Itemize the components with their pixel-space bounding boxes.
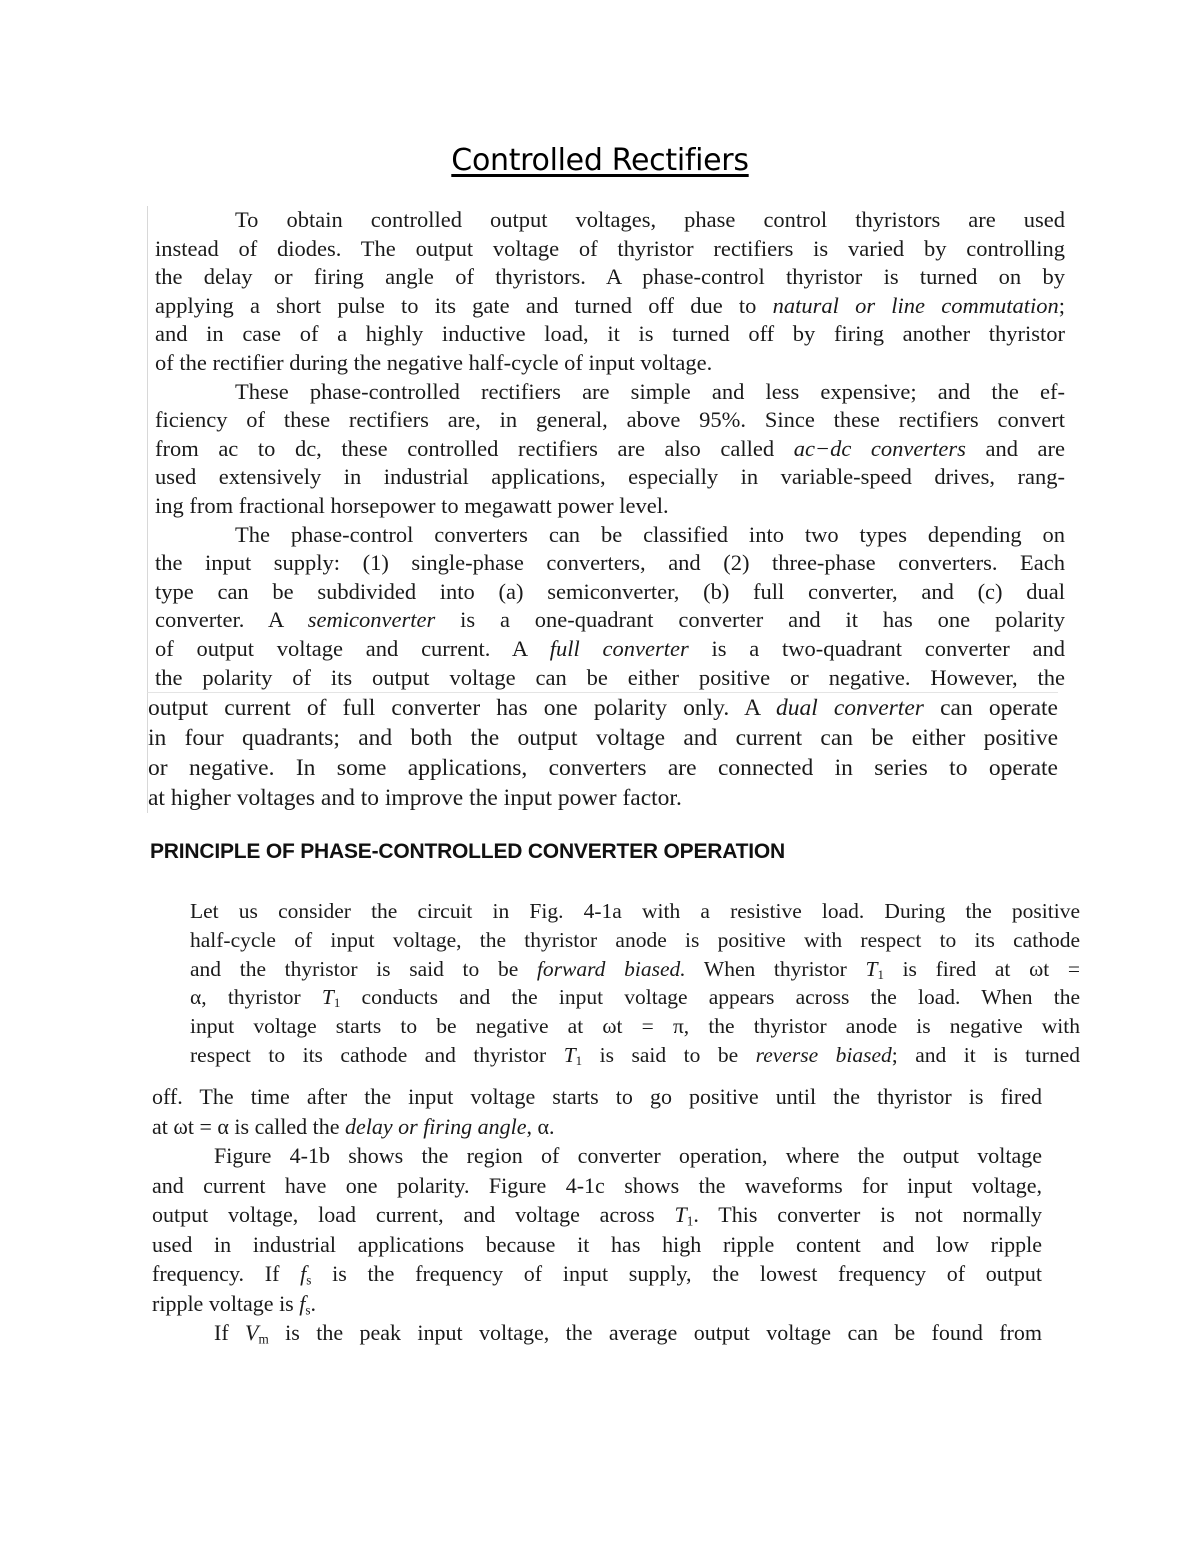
text-line: from ac to dc, these controlled rectifie… bbox=[155, 435, 1065, 464]
text-span: , α. bbox=[526, 1114, 554, 1139]
text-line: applying a short pulse to its gate and t… bbox=[155, 292, 1065, 321]
intro-paragraph-continuation: output current of full converter has one… bbox=[147, 692, 1058, 813]
text-line: frequency. If fs is the frequency of inp… bbox=[152, 1259, 1042, 1289]
text-span: . bbox=[311, 1291, 317, 1316]
text-line: instead of diodes. The output voltage of… bbox=[155, 235, 1065, 264]
intro-paragraphs: To obtain controlled output voltages, ph… bbox=[147, 206, 1065, 692]
text-span: . This converter is not normally bbox=[693, 1202, 1042, 1227]
text-line: used in industrial applications because … bbox=[152, 1230, 1042, 1260]
text-line: If Vm is the peak input voltage, the ave… bbox=[152, 1318, 1042, 1348]
text-span: respect to its cathode and thyristor bbox=[190, 1043, 564, 1067]
text-span: from ac to dc, these controlled rectifie… bbox=[155, 436, 794, 461]
text-line: type can be subdivided into (a) semiconv… bbox=[155, 578, 1065, 607]
text-span: ; bbox=[1059, 293, 1065, 318]
principle-paragraph: Let us consider the circuit in Fig. 4-1a… bbox=[190, 897, 1080, 1070]
text-line: These phase-controlled rectifiers are si… bbox=[155, 378, 1065, 407]
emphasis-reverse-biased: reverse biased bbox=[756, 1043, 892, 1067]
emphasis-semiconverter: semiconverter bbox=[308, 607, 435, 632]
section-heading: PRINCIPLE OF PHASE-CONTROLLED CONVERTER … bbox=[150, 840, 785, 864]
text-span: When thyristor bbox=[686, 957, 866, 981]
text-line: and the thyristor is said to be forward … bbox=[190, 955, 1080, 984]
continuation-paragraphs: off. The time after the input voltage st… bbox=[152, 1082, 1042, 1348]
text-line: of output voltage and current. A full co… bbox=[155, 635, 1065, 664]
text-line: and current have one polarity. Figure 4-… bbox=[152, 1171, 1042, 1201]
emphasis-forward-biased: forward biased. bbox=[537, 957, 686, 981]
text-span: can operate bbox=[924, 695, 1058, 721]
text-span: is said to be bbox=[582, 1043, 756, 1067]
emphasis-natural-commutation: natural or line commutation bbox=[773, 293, 1059, 318]
text-span: is fired at ωt = bbox=[884, 957, 1080, 981]
text-line: used extensively in industrial applicati… bbox=[155, 463, 1065, 492]
text-span: frequency. If bbox=[152, 1261, 300, 1286]
text-line: of the rectifier during the negative hal… bbox=[155, 349, 1065, 378]
symbol-vm: V bbox=[245, 1320, 258, 1345]
text-line: and in case of a highly inductive load, … bbox=[155, 320, 1065, 349]
text-line: output voltage, load current, and voltag… bbox=[152, 1200, 1042, 1230]
text-line: at higher voltages and to improve the in… bbox=[148, 783, 1058, 813]
text-line: ficiency of these rectifiers are, in gen… bbox=[155, 406, 1065, 435]
text-line: the delay or firing angle of thyristors.… bbox=[155, 263, 1065, 292]
text-span: output voltage, load current, and voltag… bbox=[152, 1202, 674, 1227]
emphasis-ac-dc-converters: ac−dc converters bbox=[794, 436, 966, 461]
symbol-t1: T bbox=[322, 985, 334, 1009]
text-span: ripple voltage is bbox=[152, 1291, 299, 1316]
text-span: output current of full converter has one… bbox=[148, 695, 776, 721]
text-span: and are bbox=[966, 436, 1065, 461]
symbol-t1: T bbox=[865, 957, 877, 981]
text-line: half-cycle of input voltage, the thyrist… bbox=[190, 926, 1080, 955]
text-span: ; and it is turned bbox=[892, 1043, 1080, 1067]
text-line: Figure 4-1b shows the region of converte… bbox=[152, 1141, 1042, 1171]
emphasis-dual-converter: dual converter bbox=[776, 695, 924, 721]
text-line: α, thyristor T1 conducts and the input v… bbox=[190, 983, 1080, 1012]
text-line: the input supply: (1) single-phase conve… bbox=[155, 549, 1065, 578]
text-span: If bbox=[214, 1320, 245, 1345]
text-line: the polarity of its output voltage can b… bbox=[155, 664, 1065, 693]
emphasis-firing-angle: delay or firing angle bbox=[345, 1114, 526, 1139]
text-span: at ωt = α is called the bbox=[152, 1114, 345, 1139]
text-span: and the thyristor is said to be bbox=[190, 957, 537, 981]
text-span: is the peak input voltage, the average o… bbox=[269, 1320, 1042, 1345]
text-span: α, thyristor bbox=[190, 985, 322, 1009]
text-line: The phase-control converters can be clas… bbox=[155, 521, 1065, 550]
text-span: is the frequency of input supply, the lo… bbox=[311, 1261, 1042, 1286]
text-span: of output voltage and current. A bbox=[155, 636, 550, 661]
text-line: ripple voltage is fs. bbox=[152, 1289, 1042, 1319]
text-line: converter. A semiconverter is a one-quad… bbox=[155, 606, 1065, 635]
text-line: at ωt = α is called the delay or firing … bbox=[152, 1112, 1042, 1142]
text-span: converter. A bbox=[155, 607, 308, 632]
text-span: applying a short pulse to its gate and t… bbox=[155, 293, 773, 318]
text-line: in four quadrants; and both the output v… bbox=[148, 723, 1058, 753]
subscript: m bbox=[259, 1331, 269, 1346]
symbol-t1: T bbox=[674, 1202, 686, 1227]
text-line: output current of full converter has one… bbox=[148, 693, 1058, 723]
document-title: Controlled Rectifiers bbox=[0, 143, 1200, 178]
symbol-t1: T bbox=[564, 1043, 576, 1067]
text-line: input voltage starts to be negative at ω… bbox=[190, 1012, 1080, 1041]
text-line: Let us consider the circuit in Fig. 4-1a… bbox=[190, 897, 1080, 926]
text-span: is a one-quadrant converter and it has o… bbox=[435, 607, 1065, 632]
text-line: ing from fractional horsepower to megawa… bbox=[155, 492, 1065, 521]
text-span: is a two-quadrant converter and bbox=[689, 636, 1065, 661]
text-line: respect to its cathode and thyristor T1 … bbox=[190, 1041, 1080, 1070]
text-line: or negative. In some applications, conve… bbox=[148, 753, 1058, 783]
text-line: off. The time after the input voltage st… bbox=[152, 1082, 1042, 1112]
text-span: conducts and the input voltage appears a… bbox=[340, 985, 1080, 1009]
emphasis-full-converter: full converter bbox=[550, 636, 689, 661]
text-line: To obtain controlled output voltages, ph… bbox=[155, 206, 1065, 235]
